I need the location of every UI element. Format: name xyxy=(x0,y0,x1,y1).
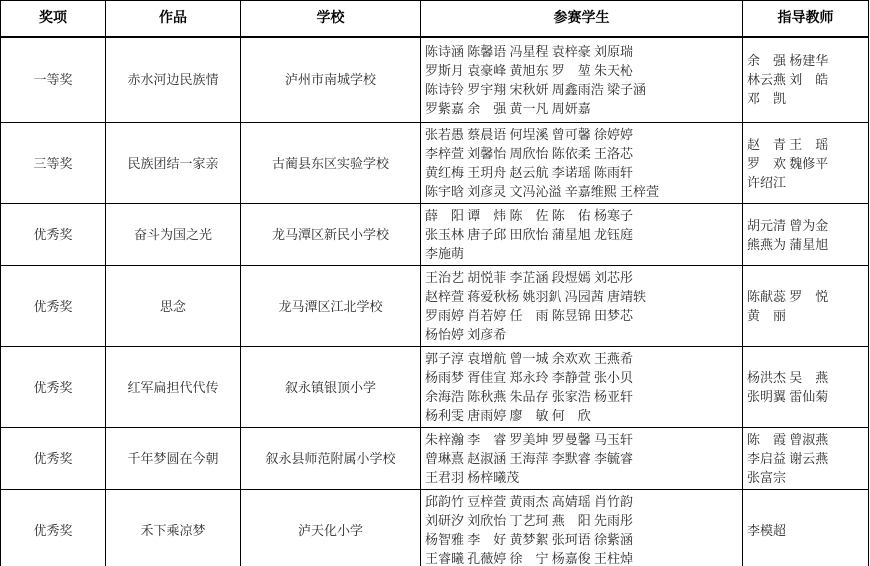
text-line: 罗雨婷 肖若婷 任 雨 陈昱锦 田梦芯 xyxy=(425,306,738,325)
text-line: 陈献蕊 罗 悦 xyxy=(747,287,864,306)
text-line: 陈宇晗 刘彦灵 文冯沁溢 辛嘉维熙 王梓萱 xyxy=(425,182,738,201)
text-line: 王治艺 胡悦菲 李芷涵 段煜嫣 刘芯彤 xyxy=(425,268,738,287)
text-line: 黄 丽 xyxy=(747,306,864,325)
header-row: 奖项 作品 学校 参赛学生 指导教师 xyxy=(1,1,869,37)
text-line: 杨利雯 唐雨婷 廖 敏 何 欣 xyxy=(425,406,738,425)
school-cell: 古蔺县东区实验学校 xyxy=(241,123,421,204)
text-line: 陈 霞 曾淑燕 xyxy=(747,430,864,449)
document-page: 奖项 作品 学校 参赛学生 指导教师 一等奖 赤水河边民族情 泸州市南城学校 陈… xyxy=(0,0,870,566)
text-line: 熊燕为 蒲星旭 xyxy=(747,235,864,254)
table-row: 三等奖 民族团结一家亲 古蔺县东区实验学校 张若愚 蔡晨语 何埕溪 曾可馨 徐婷… xyxy=(1,123,869,204)
text-line: 张明翼 雷仙菊 xyxy=(747,387,864,406)
text-line: 罗紫嘉 余 强 黄一凡 周妍嘉 xyxy=(425,99,738,118)
table-row: 优秀奖 思念 龙马潭区江北学校 王治艺 胡悦菲 李芷涵 段煜嫣 刘芯彤赵梓萱 蒋… xyxy=(1,266,869,347)
school-cell: 叙永镇银顶小学 xyxy=(241,347,421,428)
text-line: 薛 阳 谭 炜 陈 佐 陈 佑 杨寒子 xyxy=(425,206,738,225)
work-cell: 奋斗为国之光 xyxy=(106,204,241,266)
header-teachers: 指导教师 xyxy=(743,1,869,37)
students-cell: 薛 阳 谭 炜 陈 佐 陈 佑 杨寒子张玉林 唐子邱 田欣怡 蒲星旭 龙钰庭李施… xyxy=(421,204,743,266)
header-work: 作品 xyxy=(106,1,241,37)
school-cell: 叙永县师范附属小学校 xyxy=(241,428,421,490)
school-cell: 泸天化小学 xyxy=(241,490,421,566)
text-line: 林云燕 刘 皓 xyxy=(747,70,864,89)
text-line: 李施萌 xyxy=(425,244,738,263)
table-row: 优秀奖 千年梦圆在今朝 叙永县师范附属小学校 朱梓瀚 李 睿 罗美坤 罗曼馨 马… xyxy=(1,428,869,490)
school-cell: 龙马潭区江北学校 xyxy=(241,266,421,347)
text-line: 赵 青 王 瑶 xyxy=(747,135,864,154)
text-line: 黄红梅 王玥舟 赵云航 李诺瑶 陈雨轩 xyxy=(425,163,738,182)
text-line: 杨怡婷 刘彦希 xyxy=(425,325,738,344)
award-cell: 优秀奖 xyxy=(1,428,106,490)
students-cell: 王治艺 胡悦菲 李芷涵 段煜嫣 刘芯彤赵梓萱 蒋爱秋杨 姚羽釟 冯园茜 唐靖轶罗… xyxy=(421,266,743,347)
text-line: 朱梓瀚 李 睿 罗美坤 罗曼馨 马玉轩 xyxy=(425,430,738,449)
work-cell: 千年梦圆在今朝 xyxy=(106,428,241,490)
text-line: 刘研汐 刘欣怡 丁艺珂 燕 阳 先雨彤 xyxy=(425,511,738,530)
text-line: 赵梓萱 蒋爱秋杨 姚羽釟 冯园茜 唐靖轶 xyxy=(425,287,738,306)
text-line: 罗 欢 魏修平 xyxy=(747,154,864,173)
students-cell: 陈诗涵 陈馨语 冯星程 袁梓豪 刘原瑞罗斯月 袁豪峰 黄旭东 罗 堃 朱天杺陈诗… xyxy=(421,37,743,123)
work-cell: 思念 xyxy=(106,266,241,347)
teachers-cell: 赵 青 王 瑶罗 欢 魏修平许绍江 xyxy=(743,123,869,204)
text-line: 郭子淳 袁增航 曾一城 余欢欢 王燕希 xyxy=(425,349,738,368)
students-cell: 朱梓瀚 李 睿 罗美坤 罗曼馨 马玉轩曾琳熹 赵淑涵 王海萍 李默睿 李毓睿王君… xyxy=(421,428,743,490)
table-row: 优秀奖 奋斗为国之光 龙马潭区新民小学校 薛 阳 谭 炜 陈 佐 陈 佑 杨寒子… xyxy=(1,204,869,266)
text-line: 许绍江 xyxy=(747,173,864,192)
awards-table: 奖项 作品 学校 参赛学生 指导教师 一等奖 赤水河边民族情 泸州市南城学校 陈… xyxy=(0,0,869,566)
school-cell: 龙马潭区新民小学校 xyxy=(241,204,421,266)
text-line: 王君羽 杨梓曦茂 xyxy=(425,468,738,487)
header-students: 参赛学生 xyxy=(421,1,743,37)
header-award: 奖项 xyxy=(1,1,106,37)
text-line: 张富宗 xyxy=(747,468,864,487)
text-line: 余 强 杨建华 xyxy=(747,51,864,70)
text-line: 杨洪杰 吴 燕 xyxy=(747,368,864,387)
school-cell: 泸州市南城学校 xyxy=(241,37,421,123)
text-line: 王睿曦 孔薇婷 徐 宁 杨嘉俊 王柱焯 xyxy=(425,549,738,566)
teachers-cell: 余 强 杨建华林云燕 刘 皓邓 凯 xyxy=(743,37,869,123)
work-cell: 赤水河边民族情 xyxy=(106,37,241,123)
table-row: 优秀奖 禾下乘凉梦 泸天化小学 邱韵竹 豆梓萱 黄雨杰 高婧瑶 肖竹韵刘研汐 刘… xyxy=(1,490,869,566)
students-cell: 郭子淳 袁增航 曾一城 余欢欢 王燕希杨雨梦 胥佳宣 郑永玲 李静萱 张小贝余海… xyxy=(421,347,743,428)
teachers-cell: 胡元清 曾为金熊燕为 蒲星旭 xyxy=(743,204,869,266)
text-line: 曾琳熹 赵淑涵 王海萍 李默睿 李毓睿 xyxy=(425,449,738,468)
students-cell: 张若愚 蔡晨语 何埕溪 曾可馨 徐婷婷李梓萱 刘馨怡 周欣怡 陈依柔 王洛芯黄红… xyxy=(421,123,743,204)
students-cell: 邱韵竹 豆梓萱 黄雨杰 高婧瑶 肖竹韵刘研汐 刘欣怡 丁艺珂 燕 阳 先雨彤杨智… xyxy=(421,490,743,566)
award-cell: 优秀奖 xyxy=(1,204,106,266)
text-line: 张玉林 唐子邱 田欣怡 蒲星旭 龙钰庭 xyxy=(425,225,738,244)
text-line: 胡元清 曾为金 xyxy=(747,216,864,235)
award-cell: 一等奖 xyxy=(1,37,106,123)
teachers-cell: 杨洪杰 吴 燕张明翼 雷仙菊 xyxy=(743,347,869,428)
teachers-cell: 李模超 xyxy=(743,490,869,566)
work-cell: 禾下乘凉梦 xyxy=(106,490,241,566)
award-cell: 三等奖 xyxy=(1,123,106,204)
award-cell: 优秀奖 xyxy=(1,347,106,428)
text-line: 李启益 谢云燕 xyxy=(747,449,864,468)
work-cell: 红军扁担代代传 xyxy=(106,347,241,428)
text-line: 张若愚 蔡晨语 何埕溪 曾可馨 徐婷婷 xyxy=(425,125,738,144)
text-line: 陈诗铃 罗宇翔 宋秋妍 周鑫雨浩 梁子涵 xyxy=(425,80,738,99)
work-cell: 民族团结一家亲 xyxy=(106,123,241,204)
text-line: 余海浩 陈秋燕 朱品存 张家浩 杨亚轩 xyxy=(425,387,738,406)
text-line: 邓 凯 xyxy=(747,89,864,108)
text-line: 李模超 xyxy=(747,521,864,540)
text-line: 杨智雅 李 好 黄梦絮 张珂语 徐紫涵 xyxy=(425,530,738,549)
text-line: 杨雨梦 胥佳宣 郑永玲 李静萱 张小贝 xyxy=(425,368,738,387)
text-line: 陈诗涵 陈馨语 冯星程 袁梓豪 刘原瑞 xyxy=(425,42,738,61)
teachers-cell: 陈 霞 曾淑燕李启益 谢云燕张富宗 xyxy=(743,428,869,490)
table-row: 一等奖 赤水河边民族情 泸州市南城学校 陈诗涵 陈馨语 冯星程 袁梓豪 刘原瑞罗… xyxy=(1,37,869,123)
teachers-cell: 陈献蕊 罗 悦黄 丽 xyxy=(743,266,869,347)
text-line: 邱韵竹 豆梓萱 黄雨杰 高婧瑶 肖竹韵 xyxy=(425,492,738,511)
table-row: 优秀奖 红军扁担代代传 叙永镇银顶小学 郭子淳 袁增航 曾一城 余欢欢 王燕希杨… xyxy=(1,347,869,428)
header-school: 学校 xyxy=(241,1,421,37)
award-cell: 优秀奖 xyxy=(1,490,106,566)
award-cell: 优秀奖 xyxy=(1,266,106,347)
text-line: 罗斯月 袁豪峰 黄旭东 罗 堃 朱天杺 xyxy=(425,61,738,80)
text-line: 李梓萱 刘馨怡 周欣怡 陈依柔 王洛芯 xyxy=(425,144,738,163)
